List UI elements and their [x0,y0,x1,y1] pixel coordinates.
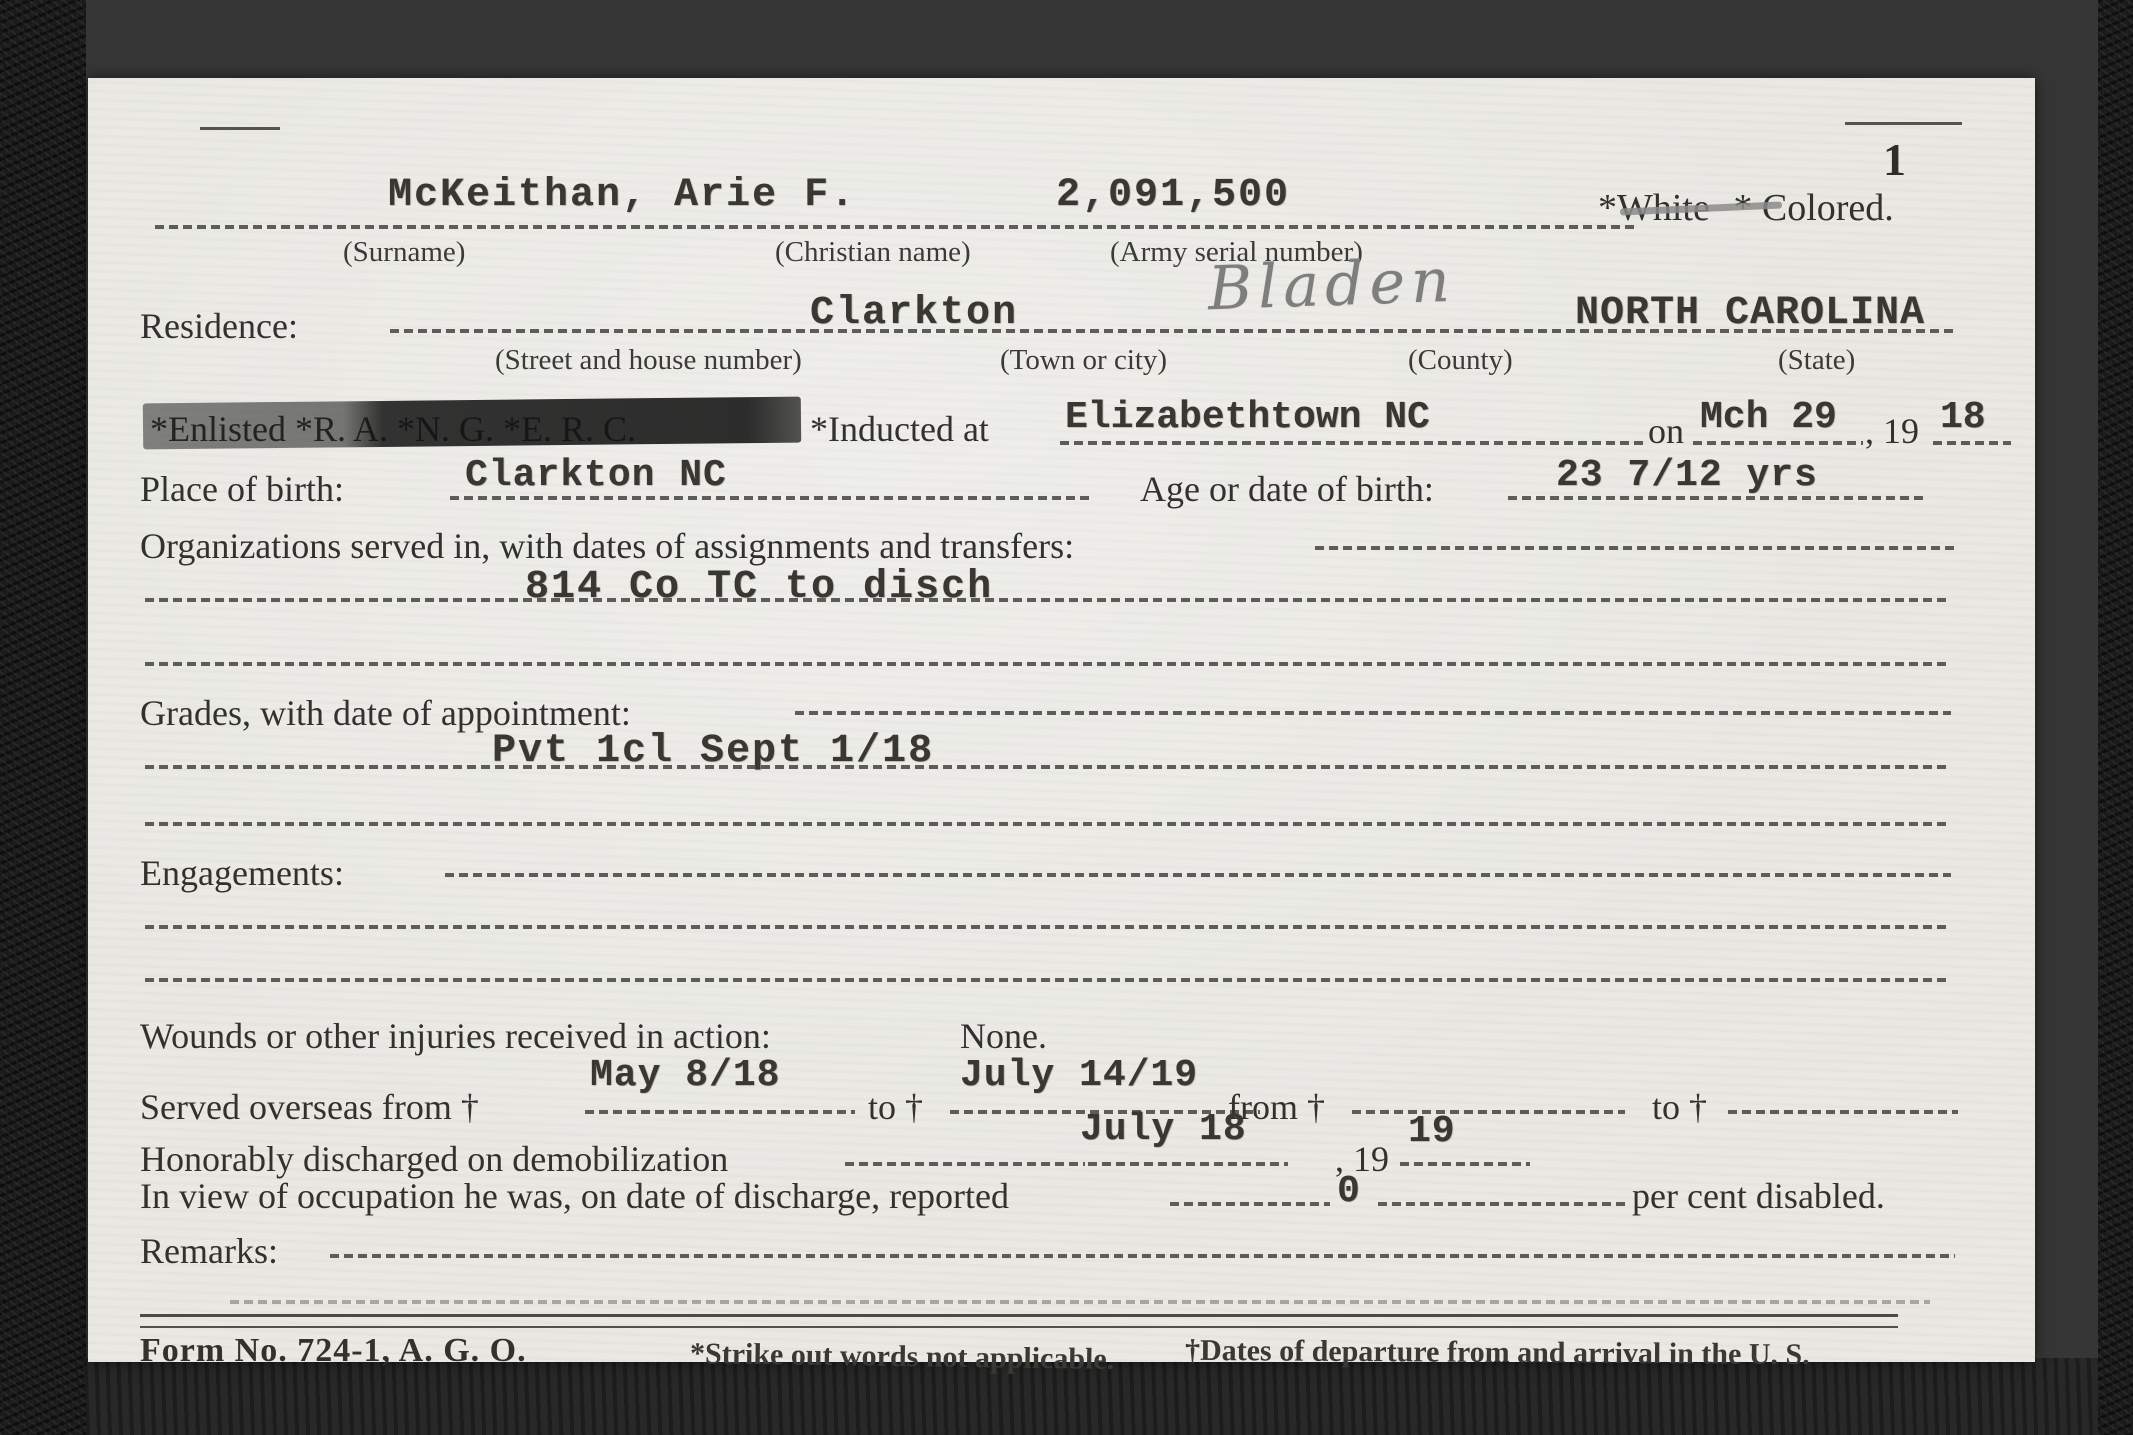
name-value: McKeithan, Arie F. [388,173,856,218]
residence-label: Residence: [140,305,298,347]
overseas-label: Served overseas from † [140,1086,479,1128]
induction-year-prefix: , 19 [1865,410,1919,452]
induction-place-rule [1060,441,1645,445]
film-edge-right [2098,0,2133,1435]
discharge-rule-1 [845,1162,1085,1166]
inducted-at-label: *Inducted at [810,408,989,450]
form-number: Form No. 724-1, A. G. O. [140,1332,527,1370]
induction-date-value: Mch 29 [1700,396,1837,439]
disabled-rule-1 [1170,1202,1330,1206]
top-left-rule [200,127,280,130]
engagements-label: Engagements: [140,852,344,894]
engagements-rule-1 [445,873,1951,877]
state-label: (State) [1778,344,1855,377]
remarks-rule [330,1254,1955,1258]
engagements-rule-2 [145,925,1951,929]
organizations-rule-2 [145,598,1951,602]
street-label: (Street and house number) [495,344,802,377]
overseas-from2-rule [1352,1110,1625,1114]
footer-dotted-rule [230,1300,1930,1304]
serial-number-value: 2,091,500 [1056,173,1290,218]
town-label: (Town or city) [1000,344,1167,377]
overseas-to-value: July 14/19 [960,1054,1198,1097]
overseas-to-label: to † [868,1086,923,1128]
age-value: 23 7/12 yrs [1556,454,1818,497]
birth-place-label: Place of birth: [140,468,344,510]
induction-place-value: Elizabethtown NC [1065,396,1430,439]
age-label: Age or date of birth: [1140,468,1434,510]
birth-place-value: Clarkton NC [465,454,727,497]
grades-label: Grades, with date of appointment: [140,692,631,734]
wounds-value: None. [960,1015,1047,1057]
induction-year-rule [1933,441,2011,445]
birth-place-rule [450,496,1090,500]
discharge-year-rule [1400,1162,1530,1166]
induction-date-rule [1693,441,1863,445]
discharge-date-value: July 18 [1080,1108,1247,1151]
grades-rule-2 [145,765,1951,769]
film-edge-left [0,0,86,1435]
overseas-from-rule [585,1110,855,1114]
discharge-rule-2 [1088,1162,1288,1166]
footer-double-rule [140,1314,1898,1328]
grades-rule-1 [795,711,1951,715]
overseas-to2-label: to † [1652,1086,1707,1128]
discharge-label: Honorably discharged on demobilization [140,1138,728,1180]
wounds-label: Wounds or other injuries received in act… [140,1015,771,1057]
organizations-rule-3 [145,662,1951,666]
disabled-value: 0 [1337,1170,1362,1213]
footer-note-dagger: †Dates of departure from and arrival in … [1185,1334,1810,1372]
service-record-card: 1 McKeithan, Arie F. 2,091,500 *White * … [88,78,2035,1362]
organizations-value: 814 Co TC to disch [525,565,993,610]
page-number: 1 [1883,133,1906,186]
footer-note-strike: *Strike out words not applicable. [690,1337,1115,1377]
engagements-rule-3 [145,978,1951,982]
overseas-to2-rule [1728,1110,1958,1114]
county-label: (County) [1408,344,1513,377]
surname-label: (Surname) [343,236,465,269]
enlistment-options-redaction-bar [143,397,801,450]
disabled-suffix: per cent disabled. [1632,1175,1885,1217]
organizations-label: Organizations served in, with dates of a… [140,525,1074,567]
page-number-overline [1845,122,1962,125]
organizations-rule-1 [1315,546,1955,550]
christian-name-label: (Christian name) [775,236,971,269]
induction-year-value: 18 [1940,396,1986,439]
remarks-label: Remarks: [140,1230,278,1272]
disabled-label: In view of occupation he was, on date of… [140,1175,1009,1217]
age-rule [1508,496,1928,500]
name-rule [155,225,1635,229]
induction-on-label: on [1648,410,1684,452]
residence-county-handwritten: Bladen [1207,246,1457,325]
residence-rule [390,329,1955,333]
grades-rule-3 [145,822,1951,826]
discharge-year-value: 19 [1408,1110,1456,1153]
disabled-rule-2 [1378,1202,1625,1206]
overseas-from-value: May 8/18 [590,1054,780,1097]
